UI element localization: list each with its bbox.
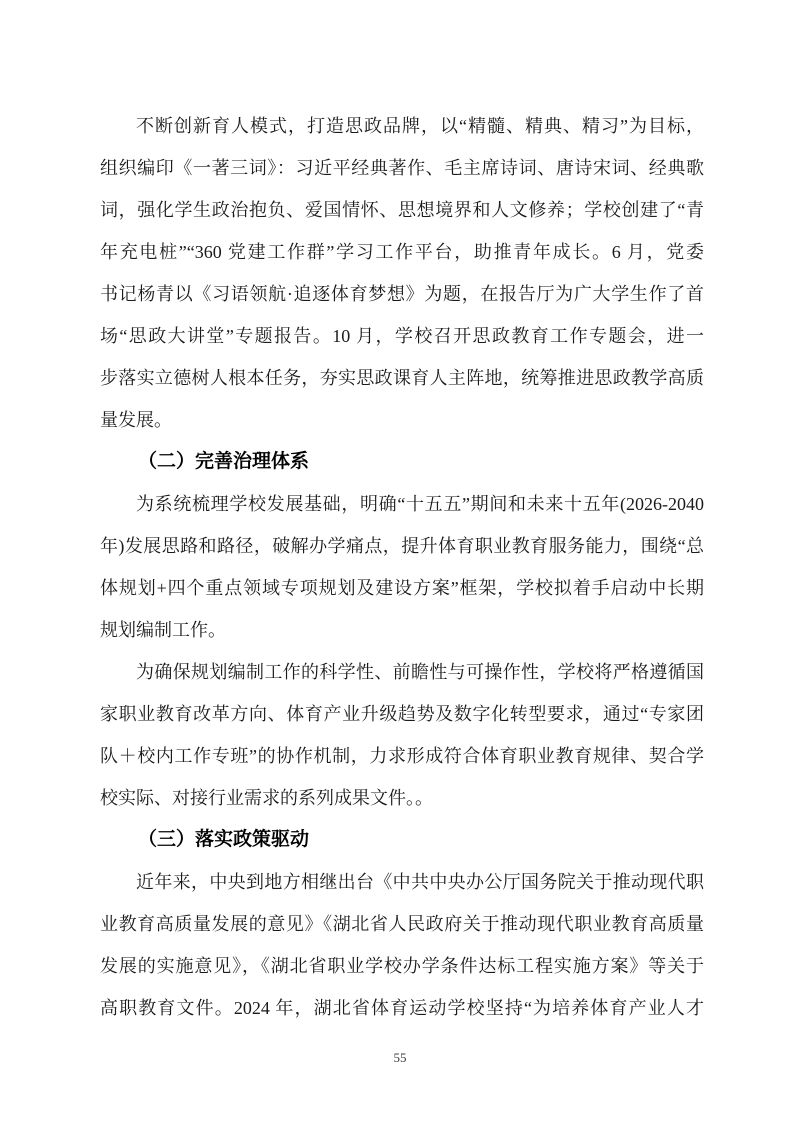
text-line: 年充电桩”“360 党建工作群”学习工作平台，助推青年成长。6 月，党委 [100, 231, 704, 273]
text-line: 组织编印《一著三词》：习近平经典著作、毛主席诗词、唐诗宋词、经典歌 [100, 147, 704, 189]
section-heading: （三）落实政策驱动 [100, 819, 704, 861]
section-heading: （二）完善治理体系 [100, 441, 704, 483]
text-line: 年)发展思路和路径，破解办学痛点，提升体育职业教育服务能力，围绕“总 [100, 525, 704, 567]
document-page: 不断创新育人模式，打造思政品牌，以“精髓、精典、精习”为目标，组织编印《一著三词… [0, 0, 800, 1131]
document-content: 不断创新育人模式，打造思政品牌，以“精髓、精典、精习”为目标，组织编印《一著三词… [100, 105, 704, 1029]
text-line: 高职教育文件。2024 年，湖北省体育运动学校坚持“为培养体育产业人才 [100, 987, 704, 1029]
text-line: 为系统梳理学校发展基础，明确“十五五”期间和未来十五年(2026-2040 [100, 483, 704, 525]
text-line: 为确保规划编制工作的科学性、前瞻性与可操作性，学校将严格遵循国 [100, 651, 704, 693]
text-line: 规划编制工作。 [100, 609, 704, 651]
text-line: 词，强化学生政治抱负、爱国情怀、思想境界和人文修养；学校创建了“青 [100, 189, 704, 231]
text-line: 书记杨青以《习语领航·追逐体育梦想》为题，在报告厅为广大学生作了首 [100, 273, 704, 315]
text-line: 校实际、对接行业需求的系列成果文件。。 [100, 777, 704, 819]
page-number: 55 [0, 1046, 800, 1070]
text-line: 场“思政大讲堂”专题报告。10 月，学校召开思政教育工作专题会，进一 [100, 315, 704, 357]
text-line: 不断创新育人模式，打造思政品牌，以“精髓、精典、精习”为目标， [100, 105, 704, 147]
text-line: 队＋校内工作专班”的协作机制，力求形成符合体育职业教育规律、契合学 [100, 735, 704, 777]
text-line: 家职业教育改革方向、体育产业升级趋势及数字化转型要求，通过“专家团 [100, 693, 704, 735]
text-line: 量发展。 [100, 399, 704, 441]
text-line: 发展的实施意见》，《湖北省职业学校办学条件达标工程实施方案》等关于 [100, 945, 704, 987]
text-line: 步落实立德树人根本任务，夯实思政课育人主阵地，统筹推进思政教学高质 [100, 357, 704, 399]
text-line: 体规划+四个重点领域专项规划及建设方案”框架，学校拟着手启动中长期 [100, 567, 704, 609]
text-line: 近年来，中央到地方相继出台《中共中央办公厅国务院关于推动现代职 [100, 861, 704, 903]
text-line: 业教育高质量发展的意见》《湖北省人民政府关于推动现代职业教育高质量 [100, 903, 704, 945]
